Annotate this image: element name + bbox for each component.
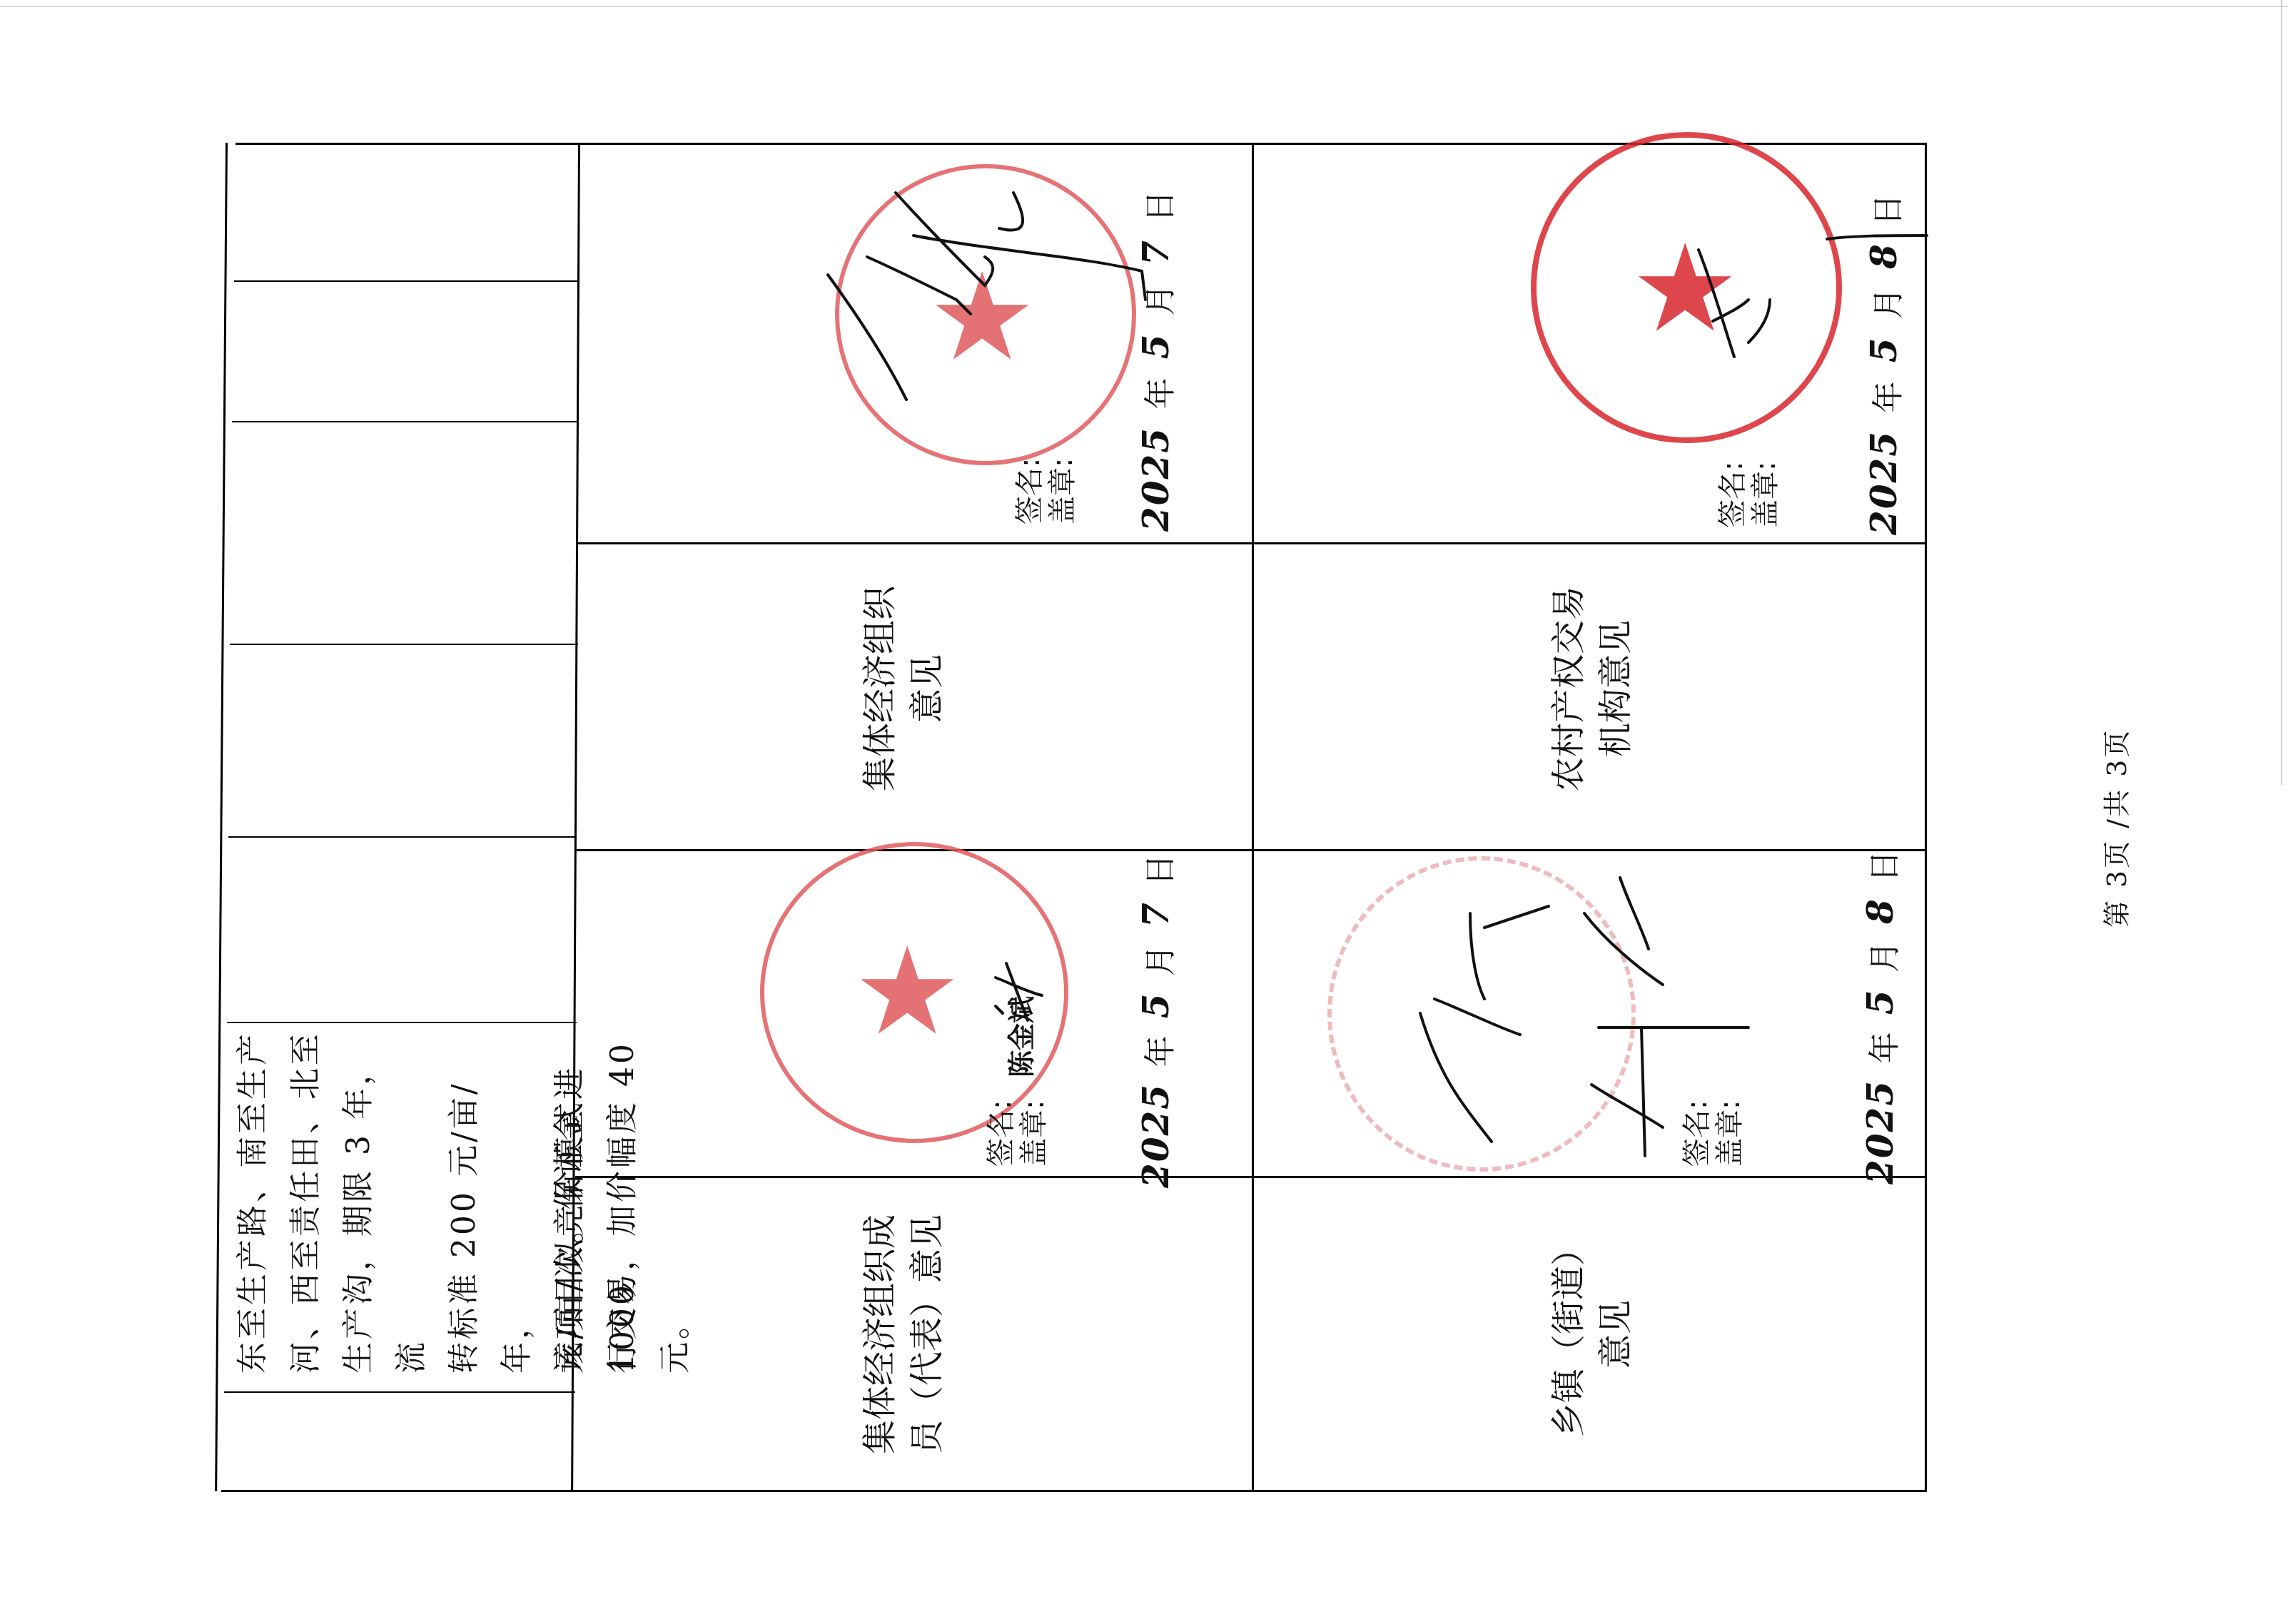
left-row-sep-6 bbox=[224, 1391, 575, 1393]
date-year: 2025 bbox=[1135, 427, 1180, 532]
section-sep-1 bbox=[578, 542, 1927, 544]
date-year: 2025 bbox=[1863, 430, 1908, 535]
section-2-sign-stamp: 签名: 盖章: bbox=[1716, 462, 1782, 528]
section-3-date: 2025 年 5 月 8 日 bbox=[1859, 849, 1905, 1184]
table-border-right bbox=[1925, 143, 1927, 1491]
description-line: 生产沟，期限 3 年，流 bbox=[333, 1031, 438, 1374]
date-month: 5 bbox=[1859, 989, 1905, 1015]
seal-star-icon: ★ bbox=[928, 257, 1036, 378]
label-line: 员（代表）意见 bbox=[903, 1206, 951, 1463]
label-line: 意见 bbox=[903, 567, 951, 810]
table-border-left bbox=[215, 143, 228, 1491]
date-month-suffix: 月 bbox=[1135, 943, 1180, 976]
stamp-label: 盖章: bbox=[1749, 462, 1782, 528]
label-line: 机构意见 bbox=[1592, 567, 1639, 810]
section-0-date: 2025 年 5 月 7 日 bbox=[1135, 189, 1180, 532]
date-month: 5 bbox=[1135, 993, 1180, 1019]
date-month-suffix: 月 bbox=[1135, 283, 1180, 315]
date-day: 7 bbox=[1135, 901, 1180, 928]
section-3-sign-stamp: 签名: 盖章: bbox=[1681, 1100, 1746, 1167]
date-month: 5 bbox=[1135, 333, 1180, 360]
date-year: 2025 bbox=[1135, 1083, 1180, 1188]
label-township-opinion: 乡镇（街道） 意见 bbox=[1545, 1206, 1639, 1463]
description-line: 东至生产路、南至生产 bbox=[227, 1031, 280, 1374]
date-day: 7 bbox=[1135, 239, 1180, 265]
left-row-sep-1 bbox=[234, 280, 578, 282]
date-day: 8 bbox=[1863, 243, 1908, 269]
description-line: 元。 bbox=[649, 1031, 702, 1374]
page-indicator: 第 3页 /共 3页 bbox=[2095, 729, 2134, 928]
section-1-date: 2025 年 5 月 7 日 bbox=[1135, 853, 1180, 1188]
sign-label: 签名: bbox=[1013, 458, 1046, 524]
stamp-label: 盖章: bbox=[1714, 1100, 1746, 1167]
stamp-label: 盖章: bbox=[1018, 1100, 1051, 1167]
label-line: 意见 bbox=[1592, 1206, 1639, 1463]
scan-right-edge bbox=[2281, 0, 2282, 785]
transfer-description-cont: 元/亩/次。保证金 1000 元。 bbox=[544, 1031, 702, 1374]
section-1-sign-stamp: 签名: 盖章: bbox=[985, 1100, 1051, 1167]
date-year-suffix: 年 bbox=[1863, 380, 1908, 413]
description-line: 元/亩/次。保证金 1000 bbox=[544, 1031, 649, 1374]
date-day-suffix: 日 bbox=[1135, 853, 1180, 885]
label-line: 农村产权交易 bbox=[1545, 567, 1592, 810]
left-row-sep-4 bbox=[228, 836, 577, 838]
seal-township-government bbox=[1327, 856, 1636, 1172]
section-0-sign-stamp: 签名: 盖章: bbox=[1013, 458, 1079, 524]
label-trading-agency-opinion: 农村产权交易 机构意见 bbox=[1545, 567, 1639, 810]
date-year-suffix: 年 bbox=[1135, 377, 1180, 410]
section-2-date: 2025 年 5 月 8 日 bbox=[1863, 193, 1908, 535]
label-line: 集体经济组织 bbox=[856, 567, 903, 810]
seal-star-icon: ★ bbox=[1631, 228, 1739, 350]
label-line: 集体经济组织成 bbox=[856, 1206, 903, 1463]
label-collective-org-opinion: 集体经济组织 意见 bbox=[856, 567, 951, 810]
middle-column-divider bbox=[1252, 144, 1254, 1491]
date-year: 2025 bbox=[1859, 1080, 1905, 1184]
label-member-representative-opinion: 集体经济组织成 员（代表）意见 bbox=[856, 1206, 951, 1463]
member-signature: 陈金斌 bbox=[999, 996, 1038, 1077]
date-year-suffix: 年 bbox=[1859, 1031, 1905, 1064]
seal-star-icon: ★ bbox=[853, 931, 961, 1052]
date-year-suffix: 年 bbox=[1135, 1035, 1180, 1067]
left-row-sep-5 bbox=[227, 1022, 577, 1023]
sign-label: 签名: bbox=[1716, 462, 1749, 528]
date-month: 5 bbox=[1863, 337, 1908, 363]
stamp-label: 盖章: bbox=[1046, 458, 1079, 524]
left-row-sep-2 bbox=[232, 421, 578, 422]
scan-top-edge bbox=[0, 6, 2288, 7]
sign-label: 签名: bbox=[985, 1100, 1018, 1167]
label-line: 乡镇（街道） bbox=[1545, 1206, 1592, 1463]
description-line: 转标准 200 元/亩/年， bbox=[438, 1031, 544, 1374]
table-border-bottom bbox=[221, 1490, 1927, 1492]
section-sep-3 bbox=[575, 1176, 1927, 1178]
date-day-suffix: 日 bbox=[1859, 849, 1905, 882]
sign-label: 签名: bbox=[1681, 1100, 1714, 1167]
date-day-suffix: 日 bbox=[1863, 193, 1908, 225]
date-day-suffix: 日 bbox=[1135, 189, 1180, 222]
section-sep-2 bbox=[577, 849, 1927, 851]
date-month-suffix: 月 bbox=[1859, 940, 1905, 973]
left-row-sep-3 bbox=[230, 644, 578, 645]
description-line: 河、西至责任田、北至 bbox=[280, 1031, 333, 1374]
date-day: 8 bbox=[1859, 898, 1905, 924]
date-month-suffix: 月 bbox=[1863, 286, 1908, 319]
